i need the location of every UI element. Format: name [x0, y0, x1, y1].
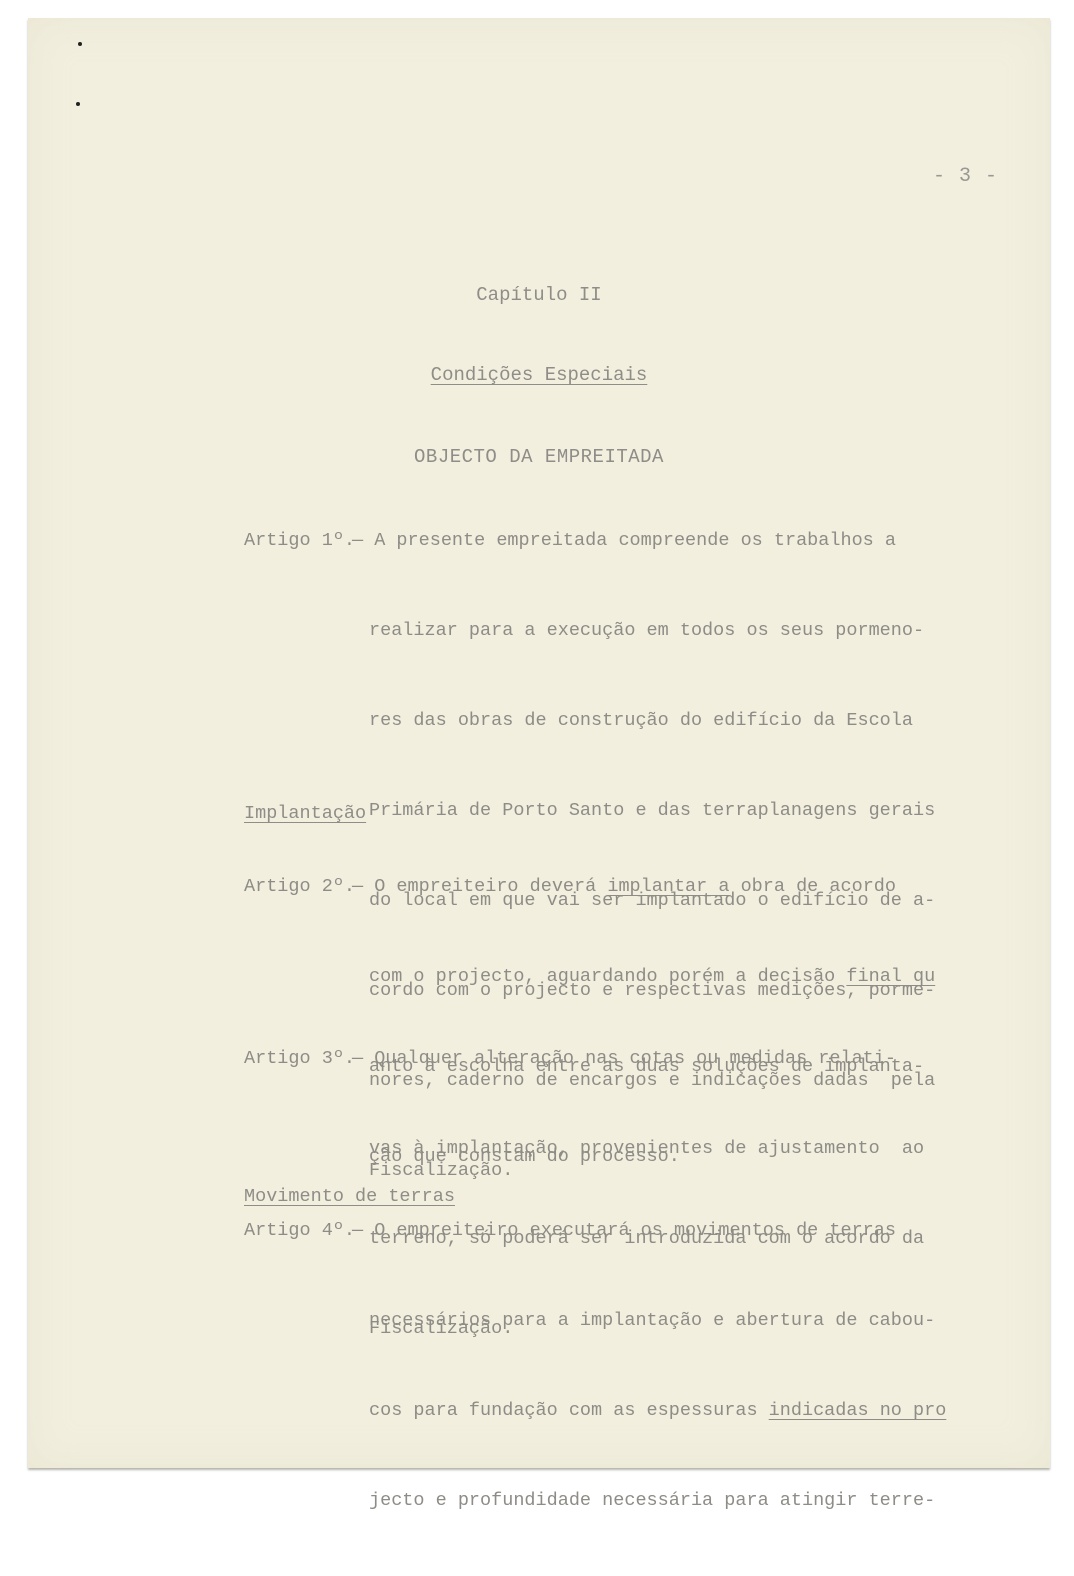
article-line: necessários para a implantação e abertur…: [369, 1306, 946, 1336]
underlined-text: indicadas no pro: [769, 1400, 947, 1421]
article-3: Artigo 3º. — Qualquer alteração nas cota…: [244, 1044, 1024, 1194]
section-heading-implantacao: Implantação: [244, 803, 366, 824]
article-label: Artigo 1º.: [244, 526, 355, 556]
text-segment: — O empreiteiro deverá: [352, 876, 607, 897]
article-line: Primária de Porto Santo e das terraplana…: [369, 796, 935, 826]
article-line: — O empreiteiro deverá implantar a obra …: [352, 872, 896, 902]
article-line: res das obras de construção do edifício …: [369, 706, 935, 736]
text-segment: cos para fundação com as espessuras: [369, 1400, 769, 1421]
chapter-subtitle: Condições Especiais: [28, 364, 1050, 386]
article-2: Artigo 2º. — O empreiteiro deverá implan…: [244, 872, 1024, 1022]
article-line: vas à implantação, provenientes de ajust…: [369, 1134, 924, 1164]
article-line: com o projecto, aguardando porém a decis…: [369, 962, 935, 992]
article-1: Artigo 1º. — A presente empreitada compr…: [244, 526, 1024, 676]
punch-hole-mark: [76, 102, 80, 106]
article-line: cos para fundação com as espessuras indi…: [369, 1396, 946, 1426]
text-segment: com o projecto, aguardando porém a decis…: [369, 966, 846, 987]
article-line: realizar para a execução em todos os seu…: [369, 616, 935, 646]
article-label: Artigo 3º.: [244, 1044, 355, 1074]
underlined-text: final qu: [846, 966, 935, 987]
article-line: jecto e profundidade necessária para ati…: [369, 1486, 946, 1500]
section-title: OBJECTO DA EMPREITADA: [28, 446, 1050, 468]
section-heading-movimento-de-terras: Movimento de terras: [244, 1186, 455, 1207]
article-line: — A presente empreitada compreende os tr…: [352, 526, 896, 556]
article-label: Artigo 4º.: [244, 1216, 355, 1246]
article-label: Artigo 2º.: [244, 872, 355, 902]
page-number: - 3 -: [933, 165, 998, 188]
article-line: — Qualquer alteração nas cotas ou medida…: [352, 1044, 896, 1074]
text-segment: obra de acordo: [729, 876, 896, 897]
article-body: necessários para a implantação e abertur…: [369, 1246, 946, 1500]
article-line: — O empreiteiro executará os movimentos …: [352, 1216, 896, 1246]
chapter-title: Capítulo II: [28, 284, 1050, 306]
underlined-text: implantar a: [607, 876, 729, 897]
punch-hole-mark: [78, 42, 82, 46]
article-4: Artigo 4º. — O empreiteiro executará os …: [244, 1216, 1024, 1366]
chapter-subtitle-text: Condições Especiais: [431, 364, 648, 386]
document-page: - 3 - Capítulo II Condições Especiais OB…: [28, 18, 1050, 1468]
